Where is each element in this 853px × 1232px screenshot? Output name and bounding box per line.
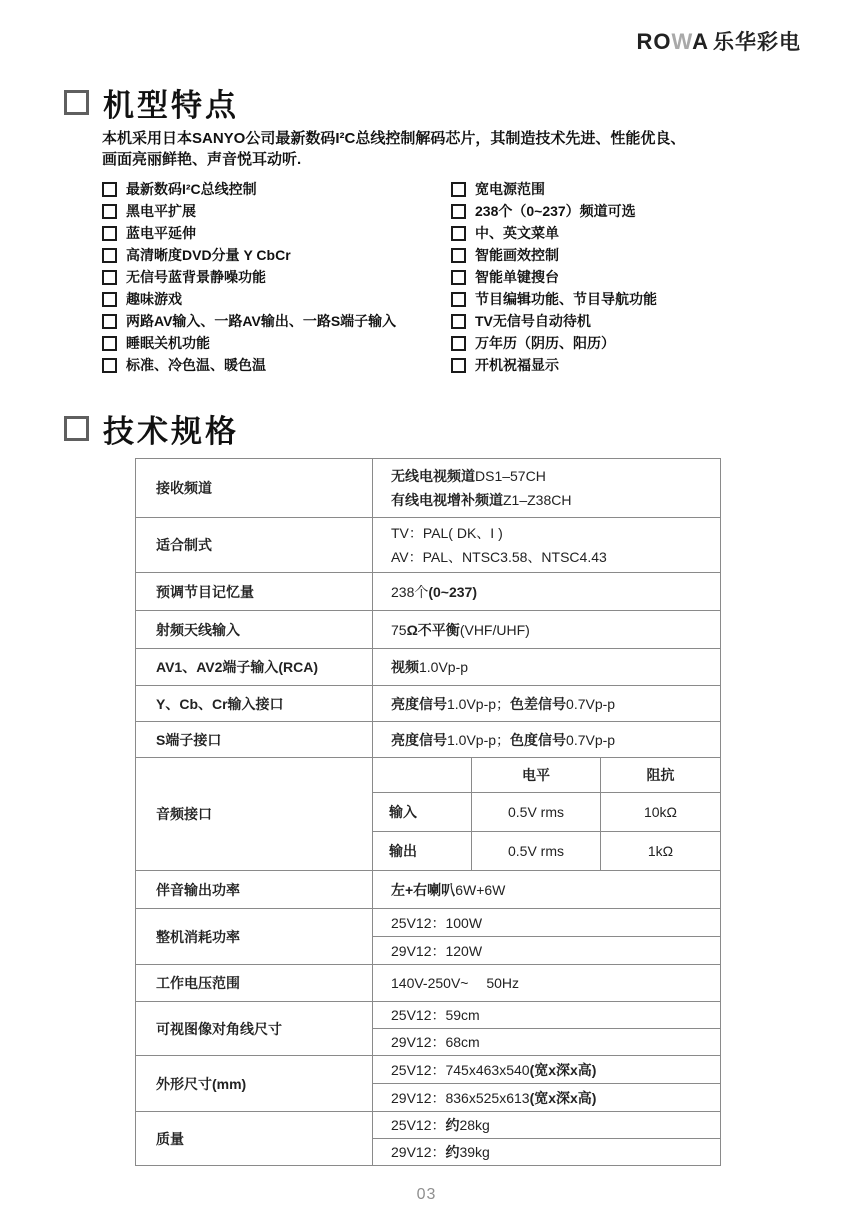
checkbox-icon [102, 292, 117, 307]
checkbox-icon [451, 336, 466, 351]
spec-value: TV：PAL( DK、I ) [373, 521, 720, 545]
audio-subrow-output: 输出 0.5V rms 1kΩ [373, 831, 720, 870]
feature-item: 智能单键搜台 [451, 266, 821, 288]
spec-row-power-consumption: 整机消耗功率 25V12：100W 29V12：120W [136, 908, 720, 964]
spec-subvalue: 29V12：68cm [373, 1028, 720, 1055]
spec-row-dimensions: 外形尺寸(mm) 25V12：745x463x540(宽x深x高) 29V12：… [136, 1055, 720, 1111]
spec-subvalue: 29V12：约39kg [373, 1138, 720, 1165]
feature-item-label: 238个（0~237）频道可选 [475, 201, 636, 221]
checkbox-icon [451, 270, 466, 285]
spec-label: 伴音输出功率 [136, 871, 373, 908]
spec-label: 外形尺寸(mm) [136, 1056, 373, 1111]
feature-item: 中、英文菜单 [451, 222, 821, 244]
specs-section-header: 技术规格 [64, 406, 239, 451]
audio-header-blank [373, 758, 472, 792]
spec-value: 无线电视频道DS1–57CH [373, 464, 720, 488]
feature-item-label: 开机祝福显示 [475, 355, 559, 375]
checkbox-icon [451, 182, 466, 197]
logo-w-mark: W [672, 29, 693, 54]
spec-subvalue: 25V12：约28kg [373, 1112, 720, 1138]
spec-row-audio: 音频接口 电平 阻抗 输入 0.5V rms 10kΩ 输出 0.5V rms … [136, 757, 720, 870]
feature-item: 238个（0~237）频道可选 [451, 200, 821, 222]
audio-header-level: 电平 [472, 758, 601, 792]
audio-row-impedance: 10kΩ [601, 793, 720, 831]
spec-row-av-input: AV1、AV2端子输入(RCA) 视频1.0Vp-p [136, 648, 720, 685]
spec-label: 预调节目记忆量 [136, 573, 373, 610]
feature-item-label: 睡眠关机功能 [126, 333, 210, 353]
spec-row-diagonal-size: 可视图像对角线尺寸 25V12：59cm 29V12：68cm [136, 1001, 720, 1055]
feature-item: 开机祝福显示 [451, 354, 821, 376]
logo-chinese-name: 乐华彩电 [713, 31, 801, 54]
specs-section-title: 技术规格 [103, 406, 239, 451]
spec-value: 视频1.0Vp-p [373, 649, 720, 685]
feature-item-label: 万年历（阴历、阳历） [475, 333, 615, 353]
feature-item-label: 黑电平扩展 [126, 201, 196, 221]
feature-item-label: 智能单键搜台 [475, 267, 559, 287]
spec-value: 亮度信号1.0Vp-p；色差信号0.7Vp-p [373, 686, 720, 721]
spec-label: 工作电压范围 [136, 965, 373, 1001]
spec-subvalue: 25V12：59cm [373, 1002, 720, 1028]
feature-item-label: 宽电源范围 [475, 179, 545, 199]
spec-label: 可视图像对角线尺寸 [136, 1002, 373, 1055]
feature-item: 趣味游戏 [102, 288, 447, 310]
spec-label: 质量 [136, 1112, 373, 1165]
checkbox-icon [102, 336, 117, 351]
spec-row-ycbcr-input: Y、Cb、Cr输入接口 亮度信号1.0Vp-p；色差信号0.7Vp-p [136, 685, 720, 721]
feature-item-label: 蓝电平延伸 [126, 223, 196, 243]
spec-label: 射频天线输入 [136, 611, 373, 648]
spec-label: AV1、AV2端子输入(RCA) [136, 649, 373, 685]
checkbox-icon [102, 248, 117, 263]
checkbox-icon [451, 248, 466, 263]
spec-row-voltage-range: 工作电压范围 140V-250V~ 50Hz [136, 964, 720, 1001]
feature-item: 最新数码I²C总线控制 [102, 178, 447, 200]
spec-label: 整机消耗功率 [136, 909, 373, 964]
spec-value: 140V-250V~ 50Hz [373, 965, 720, 1001]
feature-item-label: 趣味游戏 [126, 289, 182, 309]
checkbox-icon [451, 292, 466, 307]
feature-item: 宽电源范围 [451, 178, 821, 200]
spec-row-preset-memory: 预调节目记忆量 238个 (0~237) [136, 572, 720, 610]
spec-table: 接收频道 无线电视频道DS1–57CH 有线电视增补频道Z1–Z38CH 适合制… [135, 458, 721, 1166]
spec-row-systems: 适合制式 TV：PAL( DK、I ) AV：PAL、NTSC3.58、NTSC… [136, 517, 720, 572]
feature-item-label: 智能画效控制 [475, 245, 559, 265]
feature-item: 蓝电平延伸 [102, 222, 447, 244]
feature-item: TV无信号自动待机 [451, 310, 821, 332]
checkbox-icon [102, 314, 117, 329]
feature-list-right: 宽电源范围 238个（0~237）频道可选 中、英文菜单 智能画效控制 智能单键… [451, 178, 821, 376]
spec-label: S端子接口 [136, 722, 373, 757]
spec-value: 有线电视增补频道Z1–Z38CH [373, 488, 720, 512]
spec-subvalue: 25V12：100W [373, 909, 720, 936]
manual-page: ROWA乐华彩电 机型特点 本机采用日本SANYO公司最新数码I²C总线控制解码… [0, 0, 853, 1232]
spec-subvalue: 25V12：745x463x540(宽x深x高) [373, 1056, 720, 1083]
feature-item-label: 无信号蓝背景静噪功能 [126, 267, 266, 287]
feature-item: 高清晰度DVD分量 Y CbCr [102, 244, 447, 266]
feature-item: 两路AV输入、一路AV输出、一路S端子输入 [102, 310, 447, 332]
spec-label: 接收频道 [136, 459, 373, 517]
checkbox-icon [451, 226, 466, 241]
feature-item: 标准、冷色温、暖色温 [102, 354, 447, 376]
feature-item: 黑电平扩展 [102, 200, 447, 222]
feature-item: 万年历（阴历、阳历） [451, 332, 821, 354]
page-number: 03 [0, 1186, 853, 1204]
feature-item-label: 高清晰度DVD分量 Y CbCr [126, 245, 291, 265]
feature-list-left: 最新数码I²C总线控制 黑电平扩展 蓝电平延伸 高清晰度DVD分量 Y CbCr… [102, 178, 447, 376]
intro-line-2: 画面亮丽鲜艳、声音悦耳动听. [102, 149, 792, 170]
audio-row-name: 输出 [373, 832, 472, 870]
features-intro: 本机采用日本SANYO公司最新数码I²C总线控制解码芯片，其制造技术先进、性能优… [102, 128, 792, 170]
audio-header-impedance: 阻抗 [601, 758, 720, 792]
checkbox-icon [102, 270, 117, 285]
logo-latin-prefix: RO [637, 29, 672, 54]
spec-row-receive-channels: 接收频道 无线电视频道DS1–57CH 有线电视增补频道Z1–Z38CH [136, 459, 720, 517]
features-section-header: 机型特点 [64, 80, 239, 125]
audio-row-level: 0.5V rms [472, 793, 601, 831]
feature-item-label: 最新数码I²C总线控制 [126, 179, 257, 199]
features-section-title: 机型特点 [103, 80, 239, 125]
audio-row-level: 0.5V rms [472, 832, 601, 870]
audio-row-name: 输入 [373, 793, 472, 831]
checkbox-icon [451, 314, 466, 329]
logo-latin-suffix: A [692, 29, 709, 54]
spec-value: 75Ω不平衡(VHF/UHF) [373, 611, 720, 648]
spec-row-audio-output-power: 伴音输出功率 左+右喇叭 6W+6W [136, 870, 720, 908]
rowa-logo: ROWA乐华彩电 [637, 26, 801, 56]
feature-item-label: 标准、冷色温、暖色温 [126, 355, 266, 375]
spec-value: 左+右喇叭 6W+6W [373, 871, 720, 908]
spec-subvalue: 29V12：120W [373, 936, 720, 964]
spec-label: Y、Cb、Cr输入接口 [136, 686, 373, 721]
feature-item: 无信号蓝背景静噪功能 [102, 266, 447, 288]
section-square-icon [64, 90, 89, 115]
spec-value: AV：PAL、NTSC3.58、NTSC4.43 [373, 545, 720, 569]
audio-row-impedance: 1kΩ [601, 832, 720, 870]
audio-subrow-input: 输入 0.5V rms 10kΩ [373, 792, 720, 831]
checkbox-icon [102, 358, 117, 373]
spec-subvalue: 29V12：836x525x613(宽x深x高) [373, 1083, 720, 1111]
spec-row-weight: 质量 25V12：约28kg 29V12：约39kg [136, 1111, 720, 1165]
feature-item-label: TV无信号自动待机 [475, 311, 591, 331]
feature-item: 智能画效控制 [451, 244, 821, 266]
spec-label: 适合制式 [136, 518, 373, 572]
feature-item-label: 两路AV输入、一路AV输出、一路S端子输入 [126, 311, 396, 331]
checkbox-icon [451, 204, 466, 219]
checkbox-icon [102, 226, 117, 241]
spec-value: 238个 (0~237) [373, 573, 720, 610]
spec-value: 亮度信号1.0Vp-p；色度信号0.7Vp-p [373, 722, 720, 757]
feature-item: 睡眠关机功能 [102, 332, 447, 354]
feature-item: 节目编辑功能、节目导航功能 [451, 288, 821, 310]
spec-label: 音频接口 [136, 758, 373, 870]
spec-row-svideo: S端子接口 亮度信号1.0Vp-p；色度信号0.7Vp-p [136, 721, 720, 757]
section-square-icon [64, 416, 89, 441]
checkbox-icon [451, 358, 466, 373]
spec-row-rf-antenna: 射频天线输入 75Ω不平衡(VHF/UHF) [136, 610, 720, 648]
checkbox-icon [102, 204, 117, 219]
feature-item-label: 节目编辑功能、节目导航功能 [475, 289, 657, 309]
feature-item-label: 中、英文菜单 [475, 223, 559, 243]
intro-line-1: 本机采用日本SANYO公司最新数码I²C总线控制解码芯片，其制造技术先进、性能优… [102, 128, 792, 149]
checkbox-icon [102, 182, 117, 197]
audio-subtable-header: 电平 阻抗 [373, 758, 720, 792]
